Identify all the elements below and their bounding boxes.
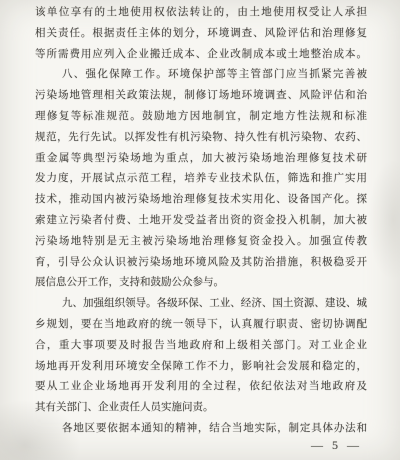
- text-line: 合，重大事项要及时报告当地政府和上级相关部门。对工业企业: [35, 336, 367, 357]
- text-line: 理修复等标准规范。鼓励地方因地制宜，制定地方性法规和标准: [35, 107, 367, 128]
- text-line: 其有关部门、企业责任人员实施问责。: [35, 398, 367, 419]
- text-line: 规范，先行先试。以挥发性有机污染物、持久性有机污染物、农药、: [35, 128, 367, 149]
- text-line: 乡规划，要在当地政府的统一领导下，认真履行职责、密切协调配: [35, 315, 367, 336]
- text-line: 展信息公开工作，支持和鼓励公众参与。: [35, 273, 367, 294]
- text-line: 技术，推动国内被污染场地治理修复技术实用化、设备国产化。探: [35, 190, 367, 211]
- page-number: — 5 —: [311, 438, 362, 453]
- text-line: 育，引导公众认识被污染场地环境风险及其防治措施，积极稳妥开: [35, 253, 367, 274]
- text-line: 八、强化保障工作。环境保护部等主管部门应当抓紧完善被: [35, 65, 367, 86]
- text-line: 九、加强组织领导。各级环保、工业、经济、国土资源、建设、城: [35, 294, 367, 315]
- text-line: 场地再开发利用环境安全保障工作不力，影响社会发展和稳定的，: [35, 357, 367, 378]
- text-line: 索建立污染者付费、土地开发受益者出资的资金投入机制，加大被: [35, 211, 367, 232]
- text-line: 要从工业企业场地再开发利用的全过程，依纪依法对当地政府及: [35, 377, 367, 398]
- text-line: 各地区要依据本通知的精神，结合当地实际，制定具体办法和: [35, 419, 367, 440]
- text-line: 污染场地管理相关政策法规，制修订场地环境调查、风险评估和治: [35, 86, 367, 107]
- text-line: 等所需费用应列入企业搬迁成本、企业改制成本或土地整治成本。: [35, 45, 367, 66]
- text-line: 相关责任。根据责任主体的划分，环境调查、风险评估和治理修复: [35, 24, 367, 45]
- text-line: 污染场地特别是无主被污染场地治理修复资金投入。加强宣传教: [35, 232, 367, 253]
- text-line: 该单位享有的土地使用权依法转让的，由土地使用权受让人承担: [35, 3, 367, 24]
- document-text: 该单位享有的土地使用权依法转让的，由土地使用权受让人承担 相关责任。根据责任主体…: [35, 3, 367, 440]
- text-line: 重金属等典型污染场地为重点，加大被污染场地治理修复技术研: [35, 149, 367, 170]
- document-page: 该单位享有的土地使用权依法转让的，由土地使用权受让人承担 相关责任。根据责任主体…: [0, 0, 400, 460]
- text-line: 发力度，开展试点示范工程，培养专业技术队伍，筛选和推广实用: [35, 169, 367, 190]
